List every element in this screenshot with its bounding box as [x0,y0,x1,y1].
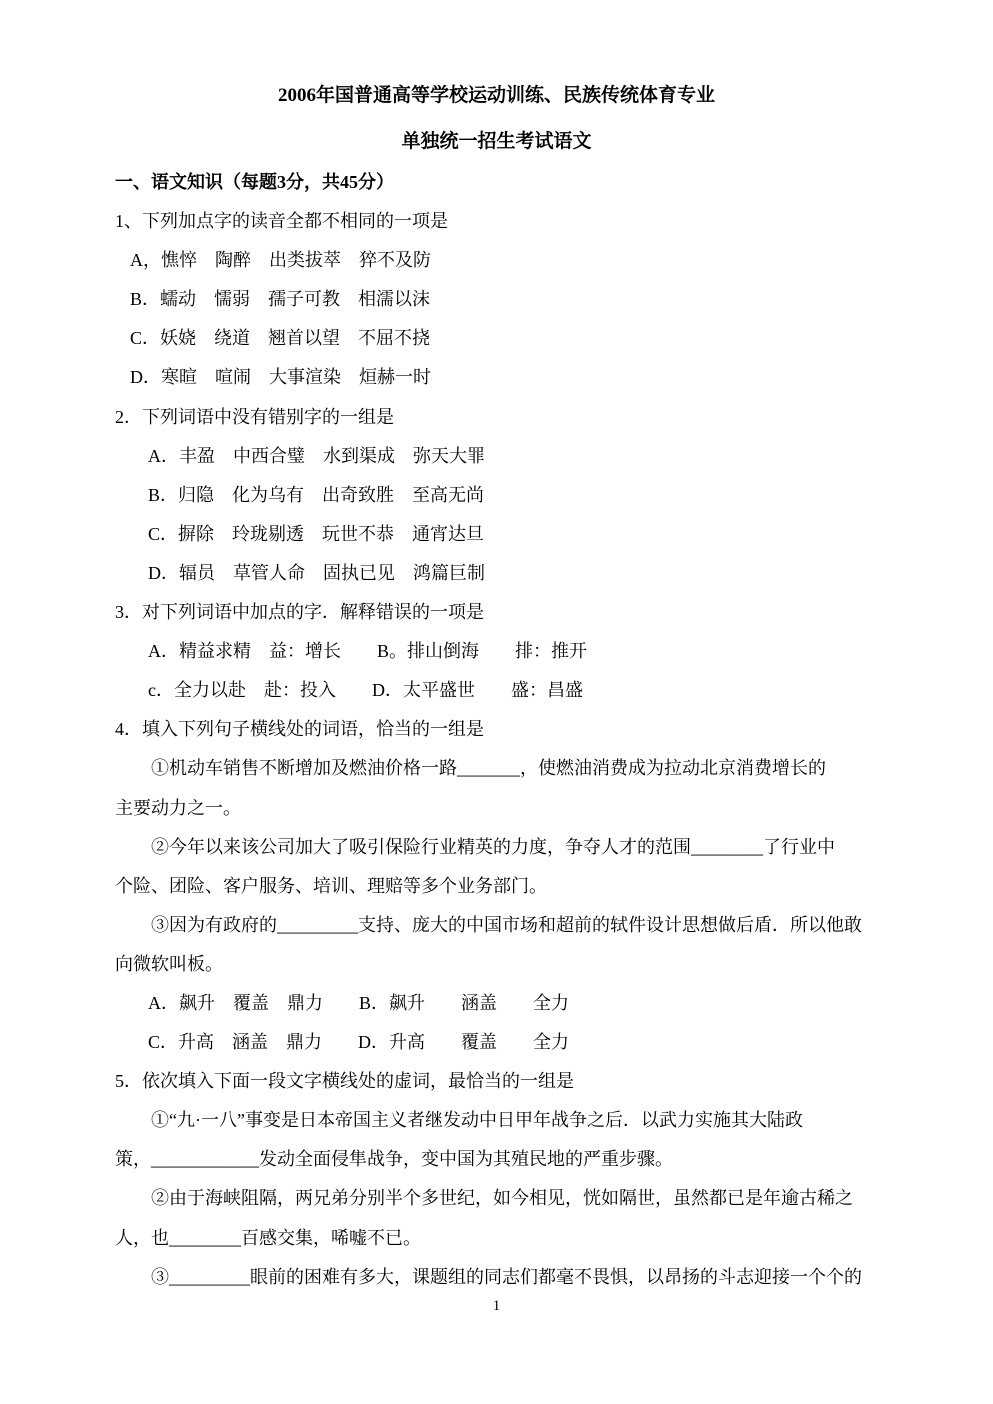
question-1-option-c: C．妖娆 绕道 翘首以望 不屈不挠 [130,319,890,358]
question-1: 1、下列加点字的读音全都不相同的一项是 [115,202,890,241]
section-heading: 一、语文知识（每题3分，共45分） [115,163,890,202]
question-4-sentence-1-cont: 主要动力之一。 [115,789,890,828]
document-title-line1: 2006年国普通高等学校运动训练、民族传统体育专业 [0,84,993,108]
question-1-option-d: D．寒暄 喧闹 大事渲染 烜赫一时 [130,358,890,397]
question-4-options-cd: C．升高 涵盖 鼎力 D．升高 覆盖 全力 [148,1023,890,1062]
document-body: 一、语文知识（每题3分，共45分）1、下列加点字的读音全都不相同的一项是A，憔悴… [115,163,890,1297]
document-header: 2006年国普通高等学校运动训练、民族传统体育专业 单独统一招生考试语文 [0,0,993,154]
question-4-options-ab: A．飙升 覆盖 鼎力 B．飙升 涵盖 全力 [148,984,890,1023]
question-5-sentence-1-cont: 策，____________发动全面侵隼战争，变中国为其殖民地的严重步骤。 [115,1140,890,1179]
page-number: 1 [0,1297,993,1315]
question-2-option-b: B．归隐 化为乌有 出奇致胜 至高无尚 [148,476,890,515]
question-4-sentence-2: ②今年以来该公司加大了吸引保险行业精英的力度，争夺人才的范围________了行… [115,828,890,867]
question-5-sentence-2-cont: 人，也________百感交集，唏嘘不已。 [115,1219,890,1258]
question-2: 2．下列词语中没有错别字的一组是 [115,398,890,437]
question-3-options-ab: A．精益求精 益：增长 B。排山倒海 排：推开 [148,632,890,671]
question-3-options-cd: c．全力以赴 赴：投入 D．太平盛世 盛：昌盛 [148,671,890,710]
question-2-option-d: D．辐员 草管人命 固执已见 鸿篇巨制 [148,554,890,593]
question-2-option-c: C．摒除 玲珑剔透 玩世不恭 通宵达旦 [148,515,890,554]
question-4: 4．填入下列句子横线处的词语，恰当的一组是 [115,710,890,749]
question-2-option-a: A．丰盈 中西合璧 水到渠成 弥天大罪 [148,437,890,476]
question-3: 3．对下列词语中加点的字．解释错误的一项是 [115,593,890,632]
document-title-line2: 单独统一招生考试语文 [0,130,993,154]
question-1-option-b: B．蠕动 懦弱 孺子可教 相濡以沫 [130,280,890,319]
question-5: 5．依次填入下面一段文字横线处的虚词，最恰当的一组是 [115,1062,890,1101]
question-5-sentence-1: ①“九·一八”事变是日本帝国主义者继发动中日甲年战争之后．以武力实施其大陆政 [115,1101,890,1140]
question-5-sentence-3: ③_________眼前的困难有多大，课题组的同志们都毫不畏惧，以昂扬的斗志迎接… [115,1258,890,1297]
question-4-sentence-2-cont: 个险、团险、客户服务、培训、理赔等多个业务部门。 [115,867,890,906]
exam-paper-page: 2006年国普通高等学校运动训练、民族传统体育专业 单独统一招生考试语文 一、语… [0,0,993,1404]
question-4-sentence-1: ①机动车销售不断增加及燃油价格一路_______，使燃油消费成为拉动北京消费增长… [115,749,890,788]
question-1-option-a: A，憔悴 陶醉 出类拔萃 猝不及防 [130,241,890,280]
question-4-sentence-3-cont: 向微软叫板。 [115,945,890,984]
question-5-sentence-2: ②由于海峡阻隔，两兄弟分别半个多世纪，如今相见，恍如隔世，虽然都已是年逾古稀之 [115,1179,890,1218]
question-4-sentence-3: ③因为有政府的_________支持、庞大的中国市场和超前的轼件设计思想做后盾．… [115,906,890,945]
